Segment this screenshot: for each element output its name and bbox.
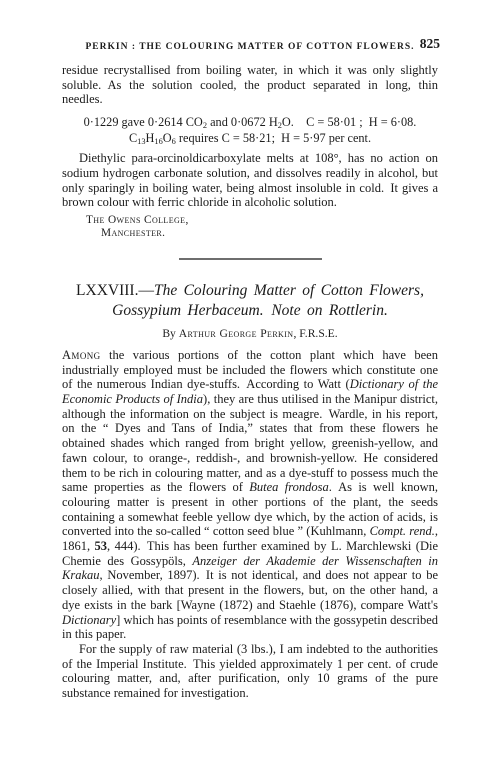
signature-block: The Owens College, Manchester. bbox=[86, 214, 438, 241]
signature-college: The Owens College, bbox=[86, 214, 438, 228]
article-paragraph-2: For the supply of raw material (3 lbs.),… bbox=[62, 642, 438, 701]
section-divider-rule bbox=[179, 258, 322, 260]
diethylic-paragraph: Diethylic para-orcinoldicarboxylate melt… bbox=[62, 151, 438, 210]
analysis-line-2: C13H16O6 requires C = 58·21; H = 5·97 pe… bbox=[62, 130, 438, 146]
continuation-paragraph: residue recrystallised from boiling wate… bbox=[62, 63, 438, 107]
running-title: PERKIN : THE COLOURING MATTER OF COTTON … bbox=[86, 39, 415, 52]
analysis-line-1: 0·1229 gave 0·2614 CO2 and 0·0672 H2O. C… bbox=[62, 114, 438, 130]
article-paragraph-1: Among the various portions of the cotton… bbox=[62, 348, 438, 642]
article-byline: By Arthur George Perkin, F.R.S.E. bbox=[62, 327, 438, 341]
scanned-journal-page: PERKIN : THE COLOURING MATTER OF COTTON … bbox=[0, 0, 500, 773]
article-title: LXXVIII.—The Colouring Matter of Cotton … bbox=[62, 281, 438, 322]
analysis-block: 0·1229 gave 0·2614 CO2 and 0·0672 H2O. C… bbox=[62, 114, 438, 146]
signature-city: Manchester. bbox=[101, 227, 438, 241]
running-head: PERKIN : THE COLOURING MATTER OF COTTON … bbox=[62, 36, 438, 52]
page-number: 825 bbox=[420, 36, 440, 52]
